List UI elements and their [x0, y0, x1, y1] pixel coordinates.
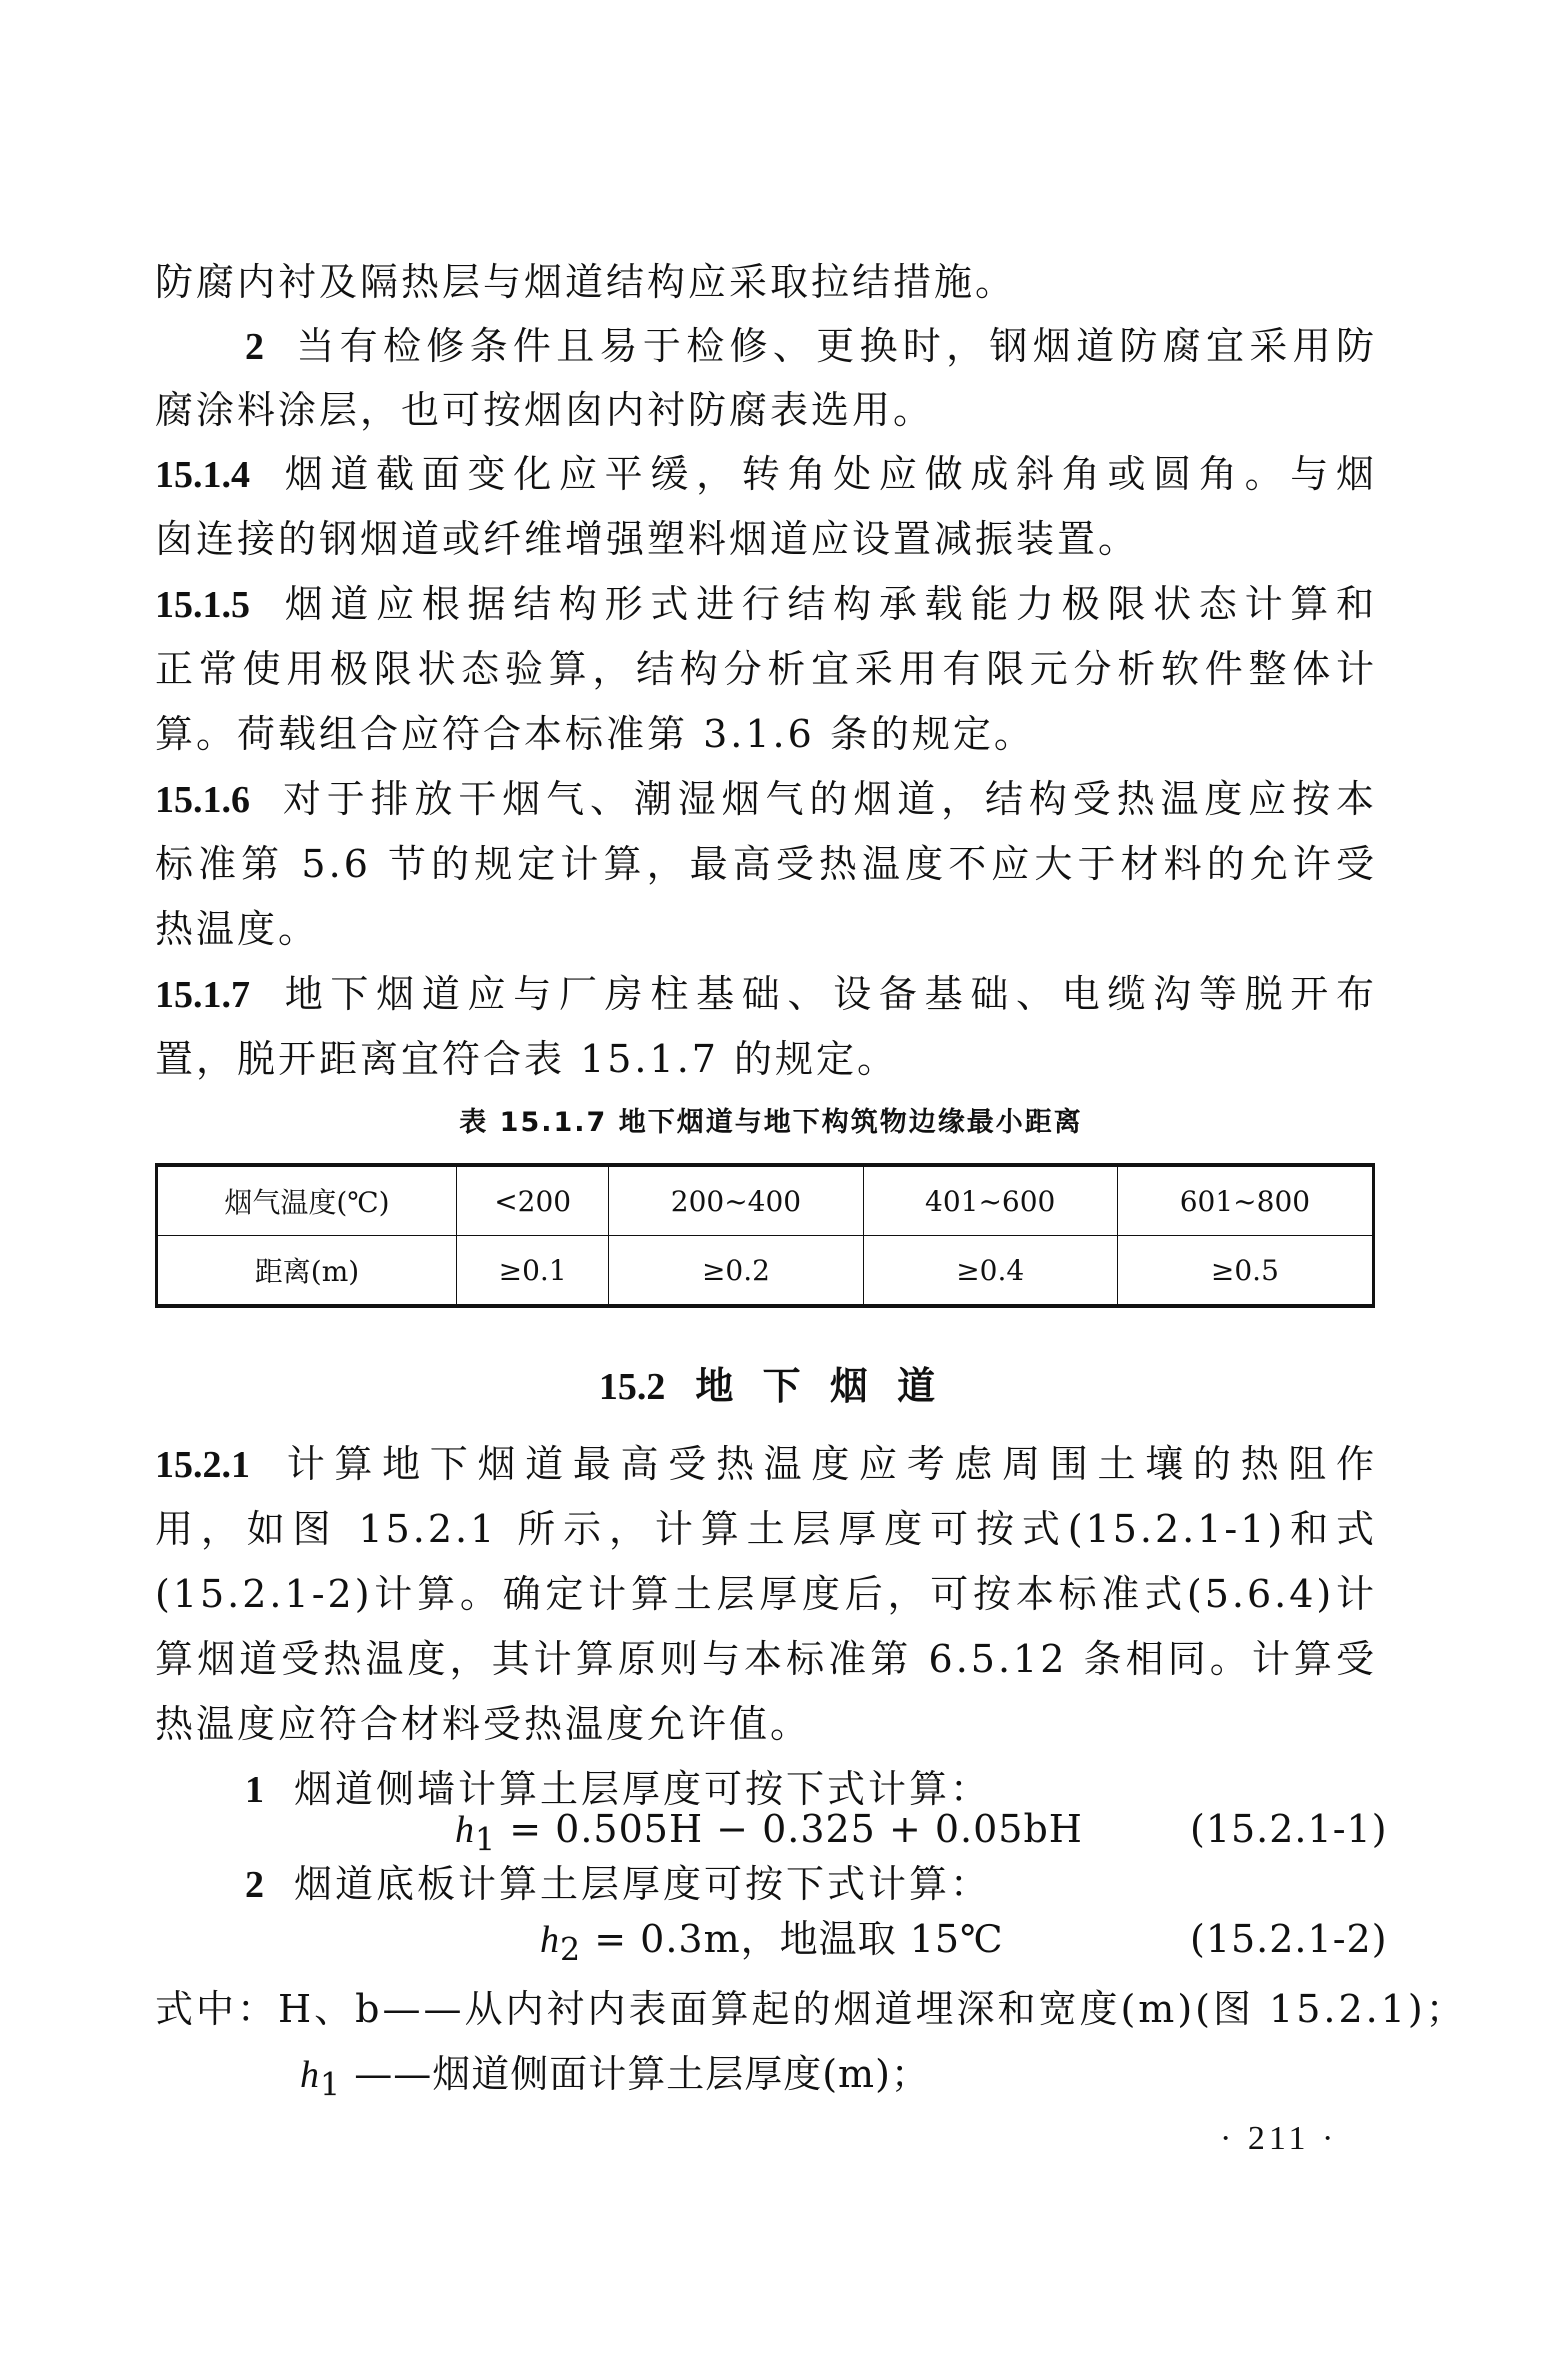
paragraph-line: 置，脱开距离宜符合表 15.1.7 的规定。: [155, 1035, 1377, 1083]
table-cell: ≥0.5: [1117, 1236, 1373, 1307]
where-line: h1 ——烟道侧面计算土层厚度(m)；: [300, 2050, 930, 2110]
paragraph-line: 热温度应符合材料受热温度允许值。: [155, 1700, 1377, 1748]
page-number: · 211 ·: [1220, 2120, 1337, 2158]
formula-1: h1 = 0.505H − 0.325 + 0.05bH: [455, 1805, 1083, 1865]
item-2: 2烟道底板计算土层厚度可按下式计算：: [245, 1860, 1377, 1909]
paragraph-line: 算烟道受热温度，其计算原则与本标准第 6.5.12 条相同。计算受: [155, 1635, 1377, 1683]
formula-2-label: (15.2.1-2): [1190, 1915, 1388, 1963]
table-cell: 200~400: [609, 1165, 863, 1236]
table-row: 烟气温度(℃) <200 200~400 401~600 601~800: [157, 1165, 1374, 1236]
paragraph-line: 热温度。: [155, 905, 1377, 953]
distance-table: 烟气温度(℃) <200 200~400 401~600 601~800 距离(…: [155, 1163, 1375, 1308]
formula-2: h2 = 0.3m，地温取 15℃: [540, 1915, 1004, 1975]
table-cell: 601~800: [1117, 1165, 1373, 1236]
paragraph-line: (15.2.1-2)计算。确定计算土层厚度后，可按本标准式(5.6.4)计: [155, 1570, 1377, 1618]
where-line: 式中：H、b——从内衬内表面算起的烟道埋深和宽度(m)(图 15.2.1)；: [155, 1985, 1377, 2033]
clause-15-1-7: 15.1.7地下烟道应与厂房柱基础、设备基础、电缆沟等脱开布: [155, 970, 1377, 1019]
table-cell: 距离(m): [157, 1236, 457, 1307]
paragraph-line: 算。荷载组合应符合本标准第 3.1.6 条的规定。: [155, 710, 1377, 758]
table-cell: 烟气温度(℃): [157, 1165, 457, 1236]
paragraph-line: 防腐内衬及隔热层与烟道结构应采取拉结措施。: [155, 258, 1377, 306]
paragraph-line: 正常使用极限状态验算，结构分析宜采用有限元分析软件整体计: [155, 645, 1377, 693]
section-heading: 15.2地 下 烟 道: [0, 1355, 1542, 1410]
clause-15-1-5: 15.1.5烟道应根据结构形式进行结构承载能力极限状态计算和: [155, 580, 1377, 629]
table-cell: ≥0.2: [609, 1236, 863, 1307]
clause-15-2-1: 15.2.1计算地下烟道最高受热温度应考虑周围土壤的热阻作: [155, 1440, 1377, 1489]
paragraph-line: 用，如图 15.2.1 所示，计算土层厚度可按式(15.2.1-1)和式: [155, 1505, 1377, 1553]
paragraph-line: 标准第 5.6 节的规定计算，最高受热温度不应大于材料的允许受: [155, 840, 1377, 888]
table-caption: 表 15.1.7 地下烟道与地下构筑物边缘最小距离: [0, 1100, 1542, 1139]
table-cell: <200: [457, 1165, 609, 1236]
table-cell: 401~600: [863, 1165, 1117, 1236]
paragraph-line: 2当有检修条件且易于检修、更换时，钢烟道防腐宜采用防: [245, 322, 1377, 371]
paragraph-line: 腐涂料涂层，也可按烟囱内衬防腐表选用。: [155, 386, 1377, 434]
table-cell: ≥0.4: [863, 1236, 1117, 1307]
formula-1-label: (15.2.1-1): [1190, 1805, 1388, 1853]
clause-15-1-4: 15.1.4烟道截面变化应平缓，转角处应做成斜角或圆角。与烟: [155, 450, 1377, 499]
table-cell: ≥0.1: [457, 1236, 609, 1307]
table-row: 距离(m) ≥0.1 ≥0.2 ≥0.4 ≥0.5: [157, 1236, 1374, 1307]
paragraph-line: 囱连接的钢烟道或纤维增强塑料烟道应设置减振装置。: [155, 515, 1377, 563]
clause-15-1-6: 15.1.6对于排放干烟气、潮湿烟气的烟道，结构受热温度应按本: [155, 775, 1377, 824]
